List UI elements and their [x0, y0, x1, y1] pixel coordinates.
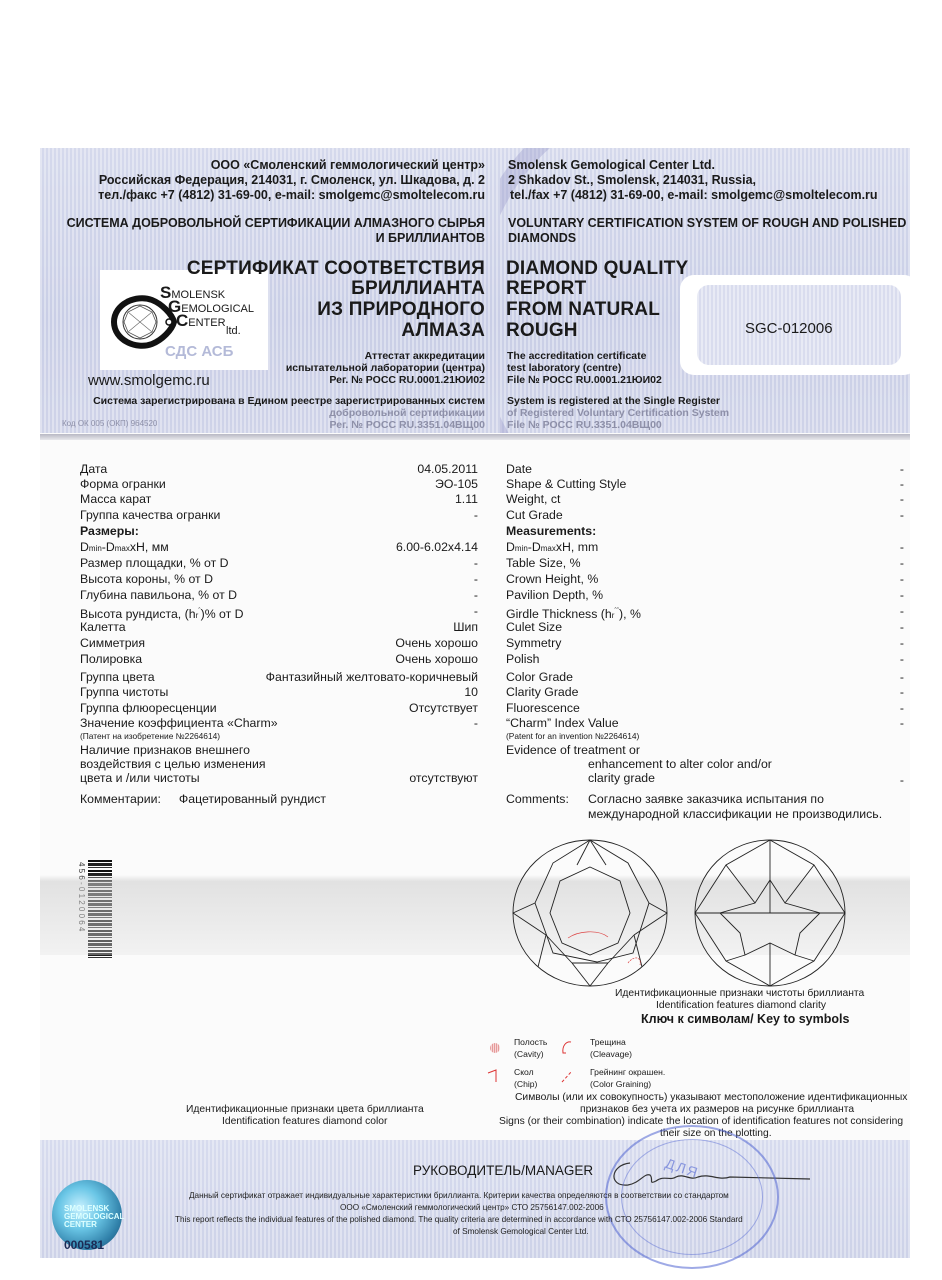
- en-address: 2 Shkadov St., Smolensk, 214031, Russia,: [508, 173, 756, 188]
- ru-register-line2: добровольной сертификации: [329, 407, 485, 420]
- ru-system-line1: СИСТЕМА ДОБРОВОЛЬНОЙ СЕРТИФИКАЦИИ АЛМАЗН…: [67, 216, 485, 231]
- ru-system-line2: И БРИЛЛИАНТОВ: [376, 231, 485, 246]
- field-value: -: [900, 556, 904, 571]
- key-cleavage-label: Трещина(Cleavage): [590, 1036, 632, 1060]
- clarity-caption-ru: Идентификационные признаки чистоты брилл…: [615, 988, 864, 999]
- field-value: 6.00-6.02x4.14: [396, 540, 478, 555]
- field-value: -: [900, 685, 904, 700]
- ru-address: Российская Федерация, 214031, г. Смоленс…: [99, 173, 485, 188]
- field-label: Комментарии:Фацетированный рундист: [80, 792, 326, 807]
- ru-accred-line1: Аттестат аккредитации: [365, 350, 485, 363]
- ru-register-line1: Система зарегистрирована в Едином реестр…: [93, 395, 485, 408]
- comments-value: Фацетированный рундист: [179, 792, 326, 806]
- field-value: -: [900, 652, 904, 667]
- cavity-icon: [490, 1043, 500, 1053]
- en-register-line1: System is registered at the Single Regis…: [507, 395, 720, 408]
- field-label: Cut Grade: [506, 508, 563, 523]
- symbols-note-ru-line1: Символы (или их совокупность) указывают …: [515, 1092, 907, 1103]
- field-label: Fluorescence: [506, 701, 580, 716]
- field-note: (Патент на изобретение №2264614): [80, 729, 220, 744]
- en-title-line4: ROUGH: [506, 319, 578, 342]
- footer-ru-line1: Данный сертификат отражает индивидуальны…: [189, 1190, 729, 1201]
- field-label: Pavilion Depth, %: [506, 588, 603, 603]
- chip-icon: [486, 1068, 500, 1084]
- field-label: Размеры:: [80, 524, 139, 539]
- field-label: clarity grade: [588, 771, 655, 786]
- field-value: Очень хорошо: [395, 636, 478, 651]
- field-value: ЭО-105: [435, 477, 478, 492]
- ru-accred-line3: Рег. № РОСС RU.0001.21ЮИ02: [329, 374, 485, 387]
- field-label: Clarity Grade: [506, 685, 578, 700]
- field-value: Очень хорошо: [395, 652, 478, 667]
- field-label: Measurements:: [506, 524, 596, 539]
- ru-title-line2: БРИЛЛИАНТА: [351, 277, 485, 300]
- cleavage-icon: [560, 1040, 574, 1056]
- key-cavity-label: Полость(Cavity): [514, 1036, 547, 1060]
- hologram-text: SMOLENSK GEMOLOGICAL CENTER: [64, 1205, 114, 1229]
- field-value: -: [900, 620, 904, 635]
- en-accred-line3: File № РОСС RU.0001.21ЮИ02: [507, 374, 662, 387]
- fold-line: [40, 434, 910, 440]
- field-value: -: [900, 540, 904, 555]
- field-label: воздействия с целью изменения: [80, 757, 265, 772]
- field-value: -: [900, 773, 904, 788]
- field-value: -: [474, 508, 478, 523]
- field-label: Polish: [506, 652, 540, 667]
- field-note: (Patent for an invention №2264614): [506, 729, 639, 744]
- en-org-name: Smolensk Gemological Center Ltd.: [508, 158, 715, 173]
- en-register-line2: of Registered Voluntary Certification Sy…: [507, 407, 729, 420]
- field-label: enhancement to alter color and/or: [588, 757, 772, 772]
- ru-register-line3: Рег. № РОСС RU.3351.04ВЩ00: [330, 419, 485, 432]
- field-label: Дата: [80, 462, 107, 477]
- field-value: Шип: [453, 620, 478, 635]
- field-value: -: [900, 588, 904, 603]
- field-value: 04.05.2011: [417, 462, 478, 477]
- field-label: Группа цвета: [80, 670, 155, 685]
- field-label: Форма огранки: [80, 477, 166, 492]
- manager-label: РУКОВОДИТЕЛЬ/MANAGER: [413, 1163, 593, 1178]
- ru-title-line3: ИЗ ПРИРОДНОГО: [317, 298, 485, 321]
- field-value: -: [900, 572, 904, 587]
- field-value: -: [900, 492, 904, 507]
- field-label: Shape & Cutting Style: [506, 477, 626, 492]
- field-label: Группа флюоресценции: [80, 701, 217, 716]
- field-value: -: [900, 716, 904, 731]
- en-contacts: tel./fax +7 (4812) 31-69-00, e-mail: smo…: [510, 188, 878, 203]
- field-label: Размер площадки, % от D: [80, 556, 229, 571]
- field-value: -: [474, 588, 478, 603]
- field-label: Table Size, %: [506, 556, 581, 571]
- field-label: Полировка: [80, 652, 142, 667]
- en-system-line2: DIAMONDS: [508, 231, 576, 246]
- footer-ru-line2: ООО «Смоленский геммологический центр» С…: [340, 1202, 604, 1213]
- color-graining-icon: [560, 1068, 574, 1084]
- en-title-line2: REPORT: [506, 277, 586, 300]
- field-value: отсутствуют: [409, 771, 478, 786]
- key-chip-label: Скол(Chip): [514, 1066, 537, 1090]
- field-value: -: [900, 701, 904, 716]
- field-value: -: [900, 508, 904, 523]
- field-label: Evidence of treatment or: [506, 743, 640, 758]
- comments-label: Comments:: [506, 792, 569, 807]
- footer-en-line1: This report reflects the individual feat…: [175, 1214, 743, 1225]
- field-label: Симметрия: [80, 636, 145, 651]
- en-system-line1: VOLUNTARY CERTIFICATION SYSTEM OF ROUGH …: [508, 216, 906, 231]
- field-value: -: [900, 604, 904, 619]
- symbols-note-ru-line2: признаков без учета их размеров на рисун…: [580, 1104, 854, 1115]
- color-caption-en: Identification features diamond color: [222, 1116, 387, 1127]
- hologram-number: 000581: [64, 1238, 104, 1252]
- clarity-caption-en: Identification features diamond clarity: [656, 1000, 826, 1011]
- field-label: Калетта: [80, 620, 126, 635]
- field-value: -: [474, 716, 478, 731]
- en-accred-line1: The accreditation certificate: [507, 350, 646, 363]
- field-value: -: [474, 572, 478, 587]
- field-value: Отсутствует: [409, 701, 478, 716]
- field-label: Глубина павильона, % от D: [80, 588, 237, 603]
- field-label: Symmetry: [506, 636, 561, 651]
- diamond-pavilion-plot-icon: [690, 835, 850, 991]
- field-label: Dmin-DmaxxH, mm: [506, 540, 598, 556]
- field-value: 1.11: [455, 492, 478, 507]
- ru-org-name: ООО «Смоленский геммологический центр»: [211, 158, 485, 173]
- ru-accred-line2: испытательной лаборатории (центра): [286, 362, 485, 375]
- logo-wordmark: SMOLENSK GEMOLOGICAL CENTER ltd.: [160, 287, 254, 337]
- field-label: Dmin-DmaxxH, мм: [80, 540, 169, 556]
- field-label: цвета и /или чистоты: [80, 771, 200, 786]
- diamond-crown-plot-icon: [508, 835, 673, 991]
- field-value: -: [900, 477, 904, 492]
- field-label: Date: [506, 462, 532, 477]
- en-register-line3: File № РОСС RU.3351.04ВЩ00: [507, 419, 662, 432]
- field-value: -: [900, 636, 904, 651]
- ru-title-line4: АЛМАЗА: [401, 319, 485, 342]
- field-value: -: [900, 462, 904, 477]
- field-label: Weight, ct: [506, 492, 560, 507]
- field-label: Группа качества огранки: [80, 508, 220, 523]
- sds-asb-mark: СДС АСБ: [165, 343, 233, 360]
- serial-number: SGC-012006: [745, 320, 833, 337]
- footer-en-line2: of Smolensk Gemological Center Ltd.: [453, 1226, 589, 1237]
- key-to-symbols-title: Ключ к символам/ Key to symbols: [641, 1012, 849, 1026]
- field-label: Наличие признаков внешнего: [80, 743, 250, 758]
- key-color-graining-label: Грейнинг окрашен.(Color Graining): [590, 1066, 665, 1090]
- okp-code: Код ОК 005 (ОКП) 964520: [62, 419, 157, 428]
- field-value: 10: [464, 685, 478, 700]
- ru-contacts: тел./факс +7 (4812) 31-69-00, e-mail: sm…: [98, 188, 485, 203]
- field-label: Crown Height, %: [506, 572, 598, 587]
- field-label: Масса карат: [80, 492, 151, 507]
- comments-value: Согласно заявке заказчика испытания по: [588, 792, 824, 807]
- comments-value: международной классификации не производи…: [588, 807, 882, 822]
- field-value: Фантазийный желтовато-коричневый: [266, 670, 478, 685]
- field-value: -: [900, 670, 904, 685]
- field-label: Culet Size: [506, 620, 562, 635]
- field-label: Высота короны, % от D: [80, 572, 213, 587]
- en-accred-line2: test laboratory (centre): [507, 362, 621, 375]
- field-value: -: [474, 604, 478, 619]
- website-link[interactable]: www.smolgemc.ru: [88, 372, 210, 389]
- field-label: Color Grade: [506, 670, 573, 685]
- field-value: -: [474, 556, 478, 571]
- en-title-line3: FROM NATURAL: [506, 298, 660, 321]
- field-label: Группа чистоты: [80, 685, 168, 700]
- color-caption-ru: Идентификационные признаки цвета бриллиа…: [186, 1104, 424, 1115]
